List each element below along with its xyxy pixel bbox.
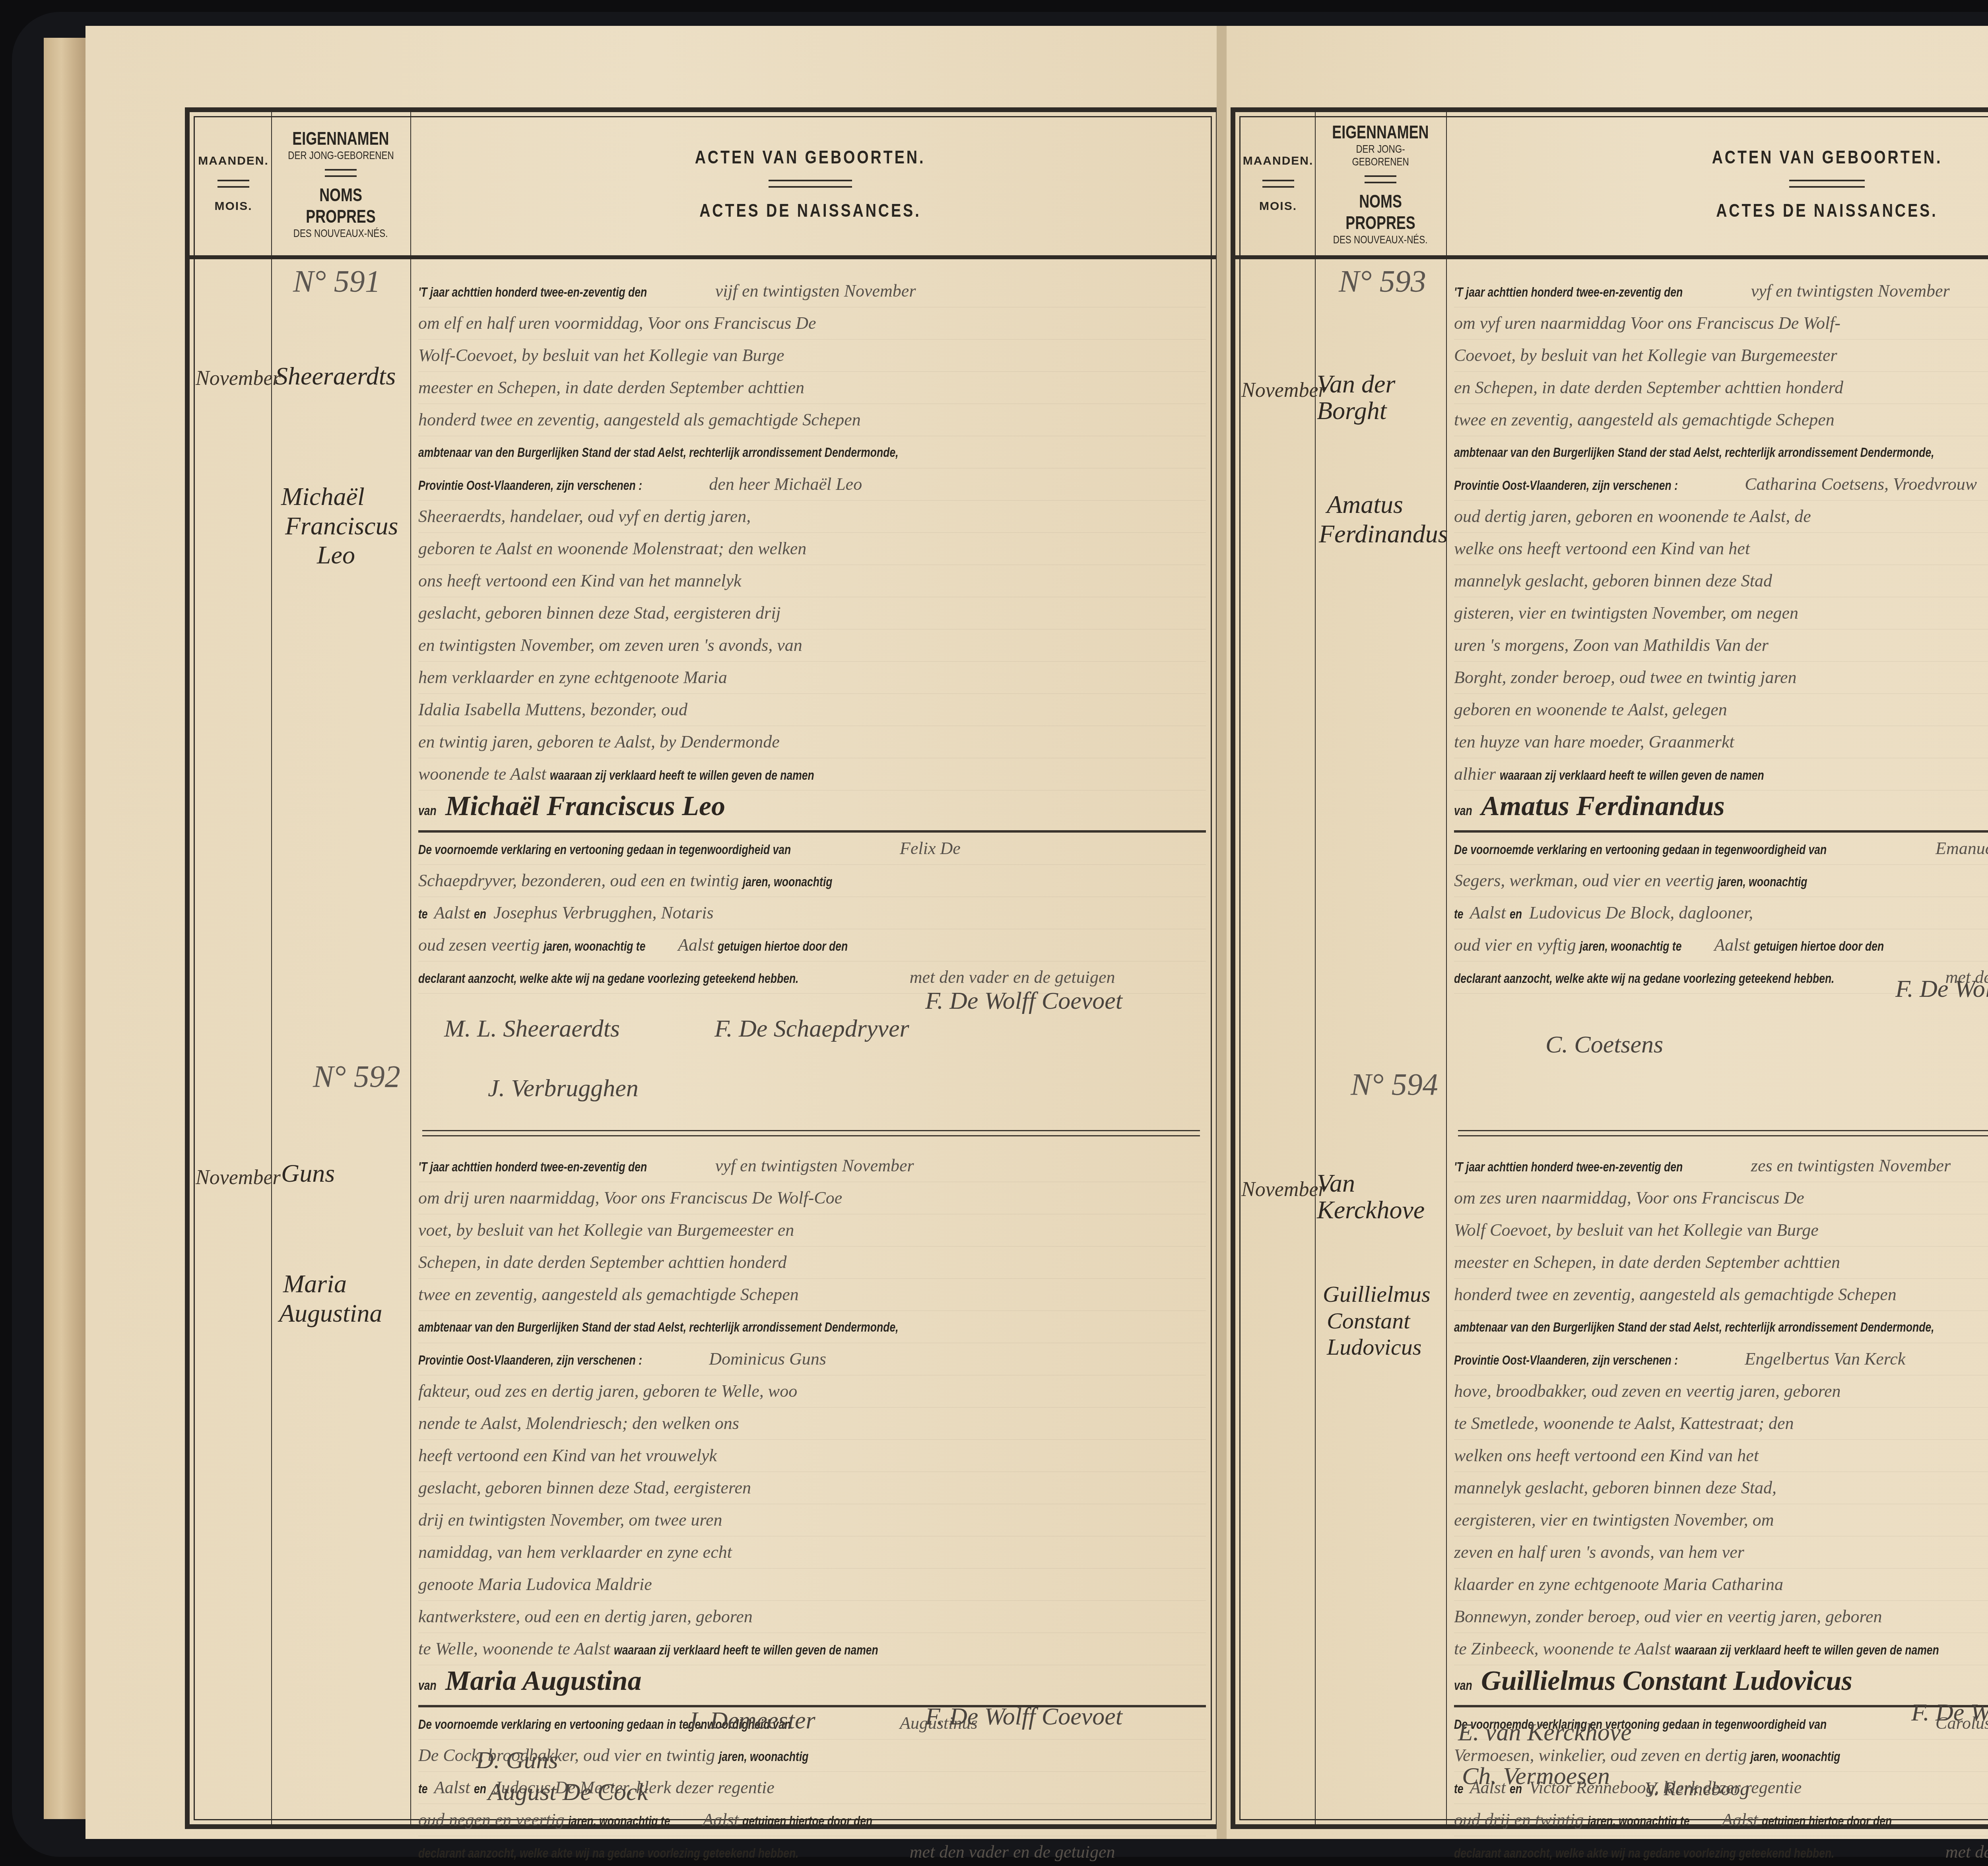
entry-text: 'T jaar achttien honderd twee-en-zeventi… <box>418 275 1206 994</box>
entry-month: November <box>1241 379 1326 402</box>
entry-surname: Van Kerckhove <box>1317 1170 1444 1223</box>
header-names-fr-sub: DES NOUVEAUX-NÉS. <box>1333 233 1428 246</box>
header-names-fr-sub: DES NOUVEAUX-NÉS. <box>293 227 388 240</box>
signature-father: M. L. Sheeraerdts <box>444 1015 620 1043</box>
entry-surname: Guns <box>281 1160 335 1186</box>
child-names: Maria Augustina <box>445 1666 641 1696</box>
column-header: MAANDEN. MOIS. EIGENNAMEN DER JONG-GEBOR… <box>1235 112 1988 259</box>
header-title-fr: ACTES DE NAISSANCES. <box>699 200 921 221</box>
header-months-fr: MOIS. <box>214 200 252 213</box>
signature-witness: J. Demeester <box>687 1707 815 1735</box>
entry-594: N° 594 November Van Kerckhove Guillielmu… <box>1235 1058 1988 1814</box>
entry-number: N° 591 <box>293 263 381 299</box>
entry-given-names: Michaël Franciscus Leo <box>281 482 398 570</box>
signature-witness: Ch. Vermoesen <box>1462 1762 1610 1790</box>
header-months-fr: MOIS. <box>1259 200 1297 213</box>
entry-given-names: Amatus Ferdinandus <box>1319 490 1448 548</box>
entry-number: N° 594 <box>1351 1066 1438 1102</box>
right-page: 149 MAANDEN. MOIS. EIGENNAMEN DER JONG-G… <box>1227 26 1988 1839</box>
entry-number: N° 592 <box>313 1058 400 1094</box>
header-months-nl: MAANDEN. <box>198 154 269 168</box>
header-title-nl: ACTEN VAN GEBOORTEN. <box>1712 146 1942 168</box>
entry-given-names: Guillielmus Constant Ludovicus <box>1323 1281 1431 1361</box>
header-title-fr: ACTES DE NAISSANCES. <box>1716 200 1938 221</box>
signature-officer: F. De Wolff Coevoet <box>925 1703 1122 1731</box>
header-names-fr: NOMS PROPRES <box>1331 190 1430 233</box>
entry-month: November <box>1241 1178 1326 1201</box>
page-edges-left <box>44 38 87 1819</box>
signature-officer: F. De Wolff Coevoet <box>1911 1699 1988 1727</box>
register-frame-right: MAANDEN. MOIS. EIGENNAMEN DER JONG-GEBOR… <box>1231 107 1988 1829</box>
register-frame-left: MAANDEN. MOIS. EIGENNAMEN DER JONG-GEBOR… <box>185 107 1221 1829</box>
signature-midwife: C. Coetsens <box>1545 1031 1663 1059</box>
entry-number: N° 593 <box>1339 263 1426 299</box>
entry-month: November <box>196 1166 281 1189</box>
left-page: MAANDEN. MOIS. EIGENNAMEN DER JONG-GEBOR… <box>85 26 1223 1839</box>
child-names: Michaël Franciscus Leo <box>445 791 725 821</box>
double-rule <box>325 169 357 177</box>
header-names-nl-sub: DER JONG-GEBORENEN <box>288 149 394 162</box>
header-title-nl: ACTEN VAN GEBOORTEN. <box>695 146 926 168</box>
signature-witness: F. De Schaepdryver <box>714 1015 909 1043</box>
entry-text: 'T jaar achttien honderd twee-en-zeventi… <box>1454 275 1988 994</box>
header-months-nl: MAANDEN. <box>1243 154 1314 168</box>
entry-text: 'T jaar achttien honderd twee-en-zeventi… <box>1454 1150 1988 1866</box>
header-names-fr: NOMS PROPRES <box>288 184 393 227</box>
entry-month: November <box>196 367 281 390</box>
signature-officer: F. De Wolff Coevoet <box>1895 975 1988 1003</box>
double-rule <box>769 180 852 188</box>
child-names: Amatus Ferdinandus <box>1481 791 1725 821</box>
entry-surname: Sheeraerdts <box>275 363 396 389</box>
signature-officer: F. De Wolff Coevoet <box>925 987 1122 1015</box>
signature-father: E. van Kerckhove <box>1458 1718 1632 1747</box>
header-names-nl-sub: DER JONG-GEBORENEN <box>1330 143 1431 168</box>
entry-591: N° 591 November Sheeraerdts Michaël Fran… <box>190 259 1216 1035</box>
signature-witness: August De Cock <box>488 1778 648 1806</box>
column-header: MAANDEN. MOIS. EIGENNAMEN DER JONG-GEBOR… <box>190 112 1216 259</box>
signature-witness: V. Renneboog <box>1645 1778 1749 1800</box>
signature-father: D. Guns <box>476 1746 558 1775</box>
child-names: Guillielmus Constant Ludovicus <box>1481 1666 1852 1696</box>
double-rule <box>1262 180 1294 188</box>
double-rule <box>1789 180 1865 188</box>
double-rule <box>1365 175 1396 183</box>
double-rule <box>217 180 249 188</box>
header-names-nl: EIGENNAMEN <box>1332 121 1429 143</box>
entry-given-names: Maria Augustina <box>279 1269 382 1328</box>
entry-593: N° 593 November Van der Borght Amatus Fe… <box>1235 259 1988 1035</box>
entry-surname: Van der Borght <box>1317 371 1444 424</box>
entry-592: N° 592 November Guns Maria Augustina 'T … <box>190 1058 1216 1814</box>
header-names-nl: EIGENNAMEN <box>292 128 389 149</box>
